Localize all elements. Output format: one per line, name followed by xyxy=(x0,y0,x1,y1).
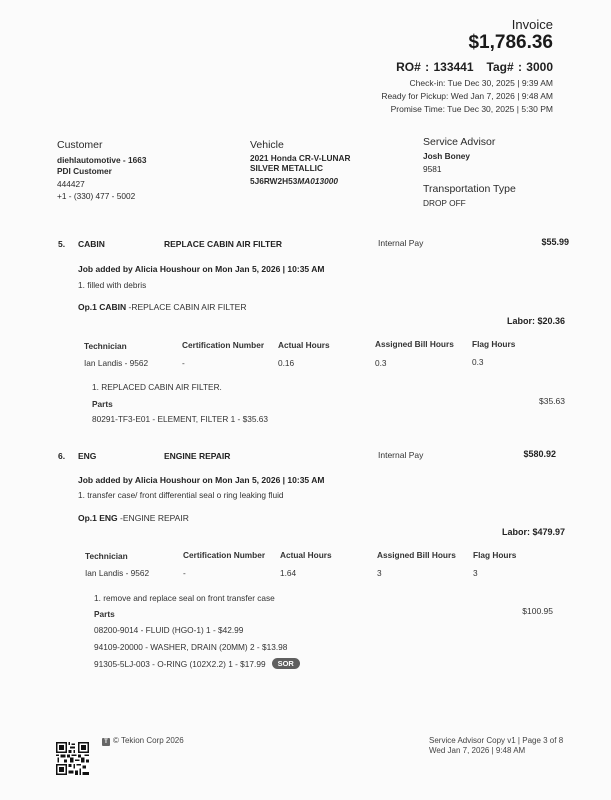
th-actual-hours: Actual Hours xyxy=(280,550,332,560)
job-pay-type: Internal Pay xyxy=(378,238,423,248)
op-desc: -REPLACE CABIN AIR FILTER xyxy=(126,302,246,312)
part-item: 91305-5LJ-003 - O-RING (102X2.2) 1 - $17… xyxy=(94,658,300,669)
copyright-text: © Tekion Corp 2026 xyxy=(113,736,184,745)
transportation-type-value: DROP OFF xyxy=(423,198,466,208)
correction-note: 1. REPLACED CABIN AIR FILTER. xyxy=(92,382,222,392)
check-in-time: Check-in: Tue Dec 30, 2025 | 9:39 AM xyxy=(410,78,553,88)
job-code: CABIN xyxy=(78,239,105,249)
sor-badge: SOR xyxy=(272,658,300,669)
promise-time: Promise Time: Tue Dec 30, 2025 | 5:30 PM xyxy=(391,104,553,114)
job-title: ENGINE REPAIR xyxy=(164,451,230,461)
parts-total: $35.63 xyxy=(539,396,565,406)
part-item: 94109-20000 - WASHER, DRAIN (20MM) 2 - $… xyxy=(94,642,287,652)
td-actual-hours: 1.64 xyxy=(280,568,296,578)
footer-copyright: T© Tekion Corp 2026 xyxy=(102,736,184,746)
vehicle-color: SILVER METALLIC xyxy=(250,163,323,173)
td-technician: Ian Landis - 9562 xyxy=(85,568,149,578)
customer-name: diehlautomotive - 1663 xyxy=(57,155,146,165)
job-concern: 1. filled with debris xyxy=(78,280,146,290)
op-code: Op.1 ENG xyxy=(78,513,118,523)
td-actual-hours: 0.16 xyxy=(278,358,294,368)
th-actual-hours: Actual Hours xyxy=(278,340,330,350)
job-amount: $580.92 xyxy=(523,449,556,459)
job-title: REPLACE CABIN AIR FILTER xyxy=(164,239,282,249)
operation-line: Op.1 ENG -ENGINE REPAIR xyxy=(78,513,189,523)
th-certification-number: Certification Number xyxy=(183,550,265,560)
job-code: ENG xyxy=(78,451,96,461)
footer-printed-at: Wed Jan 7, 2026 | 9:48 AM xyxy=(429,746,525,755)
job-number: 6. xyxy=(58,451,65,461)
th-technician: Technician xyxy=(85,551,128,561)
td-flag-hours: 3 xyxy=(473,568,478,578)
th-assigned-bill-hours: Assigned Bill Hours xyxy=(375,339,454,349)
part-item: 08200-9014 - FLUID (HGO-1) 1 - $42.99 xyxy=(94,625,243,635)
customer-phone: +1 - (330) 477 - 5002 xyxy=(57,191,135,201)
td-certification-number: - xyxy=(182,358,185,368)
operation-line: Op.1 CABIN -REPLACE CABIN AIR FILTER xyxy=(78,302,246,312)
transportation-type-label: Transportation Type xyxy=(423,183,516,195)
op-code: Op.1 CABIN xyxy=(78,302,126,312)
invoice-total: $1,786.36 xyxy=(468,32,553,54)
part-text: 91305-5LJ-003 - O-RING (102X2.2) 1 - $17… xyxy=(94,659,266,669)
vin-suffix: MA013000 xyxy=(297,176,338,186)
th-assigned-bill-hours: Assigned Bill Hours xyxy=(377,550,456,560)
ro-tag-line: RO# : 133441 Tag# : 3000 xyxy=(396,60,553,74)
ready-for-pickup-time: Ready for Pickup: Wed Jan 7, 2026 | 9:48… xyxy=(381,91,553,101)
customer-id: 444427 xyxy=(57,179,85,189)
td-assigned-bill-hours: 3 xyxy=(377,568,382,578)
customer-type: PDI Customer xyxy=(57,166,112,176)
vehicle-label: Vehicle xyxy=(250,139,284,151)
vehicle-model: 2021 Honda CR-V-LUNAR xyxy=(250,153,351,163)
th-certification-number: Certification Number xyxy=(182,340,264,350)
vin-prefix: 5J6RW2H53 xyxy=(250,176,297,186)
job-number: 5. xyxy=(58,239,65,249)
tekion-logo-icon: T xyxy=(102,738,110,746)
invoice-title: Invoice xyxy=(512,17,553,32)
td-certification-number: - xyxy=(183,568,186,578)
labor-amount: Labor: $479.97 xyxy=(502,527,565,537)
job-pay-type: Internal Pay xyxy=(378,450,423,460)
qr-code-icon xyxy=(56,742,89,775)
td-assigned-bill-hours: 0.3 xyxy=(375,358,387,368)
op-desc: -ENGINE REPAIR xyxy=(118,513,189,523)
service-advisor-label: Service Advisor xyxy=(423,136,495,148)
th-technician: Technician xyxy=(84,341,127,351)
th-flag-hours: Flag Hours xyxy=(473,550,516,560)
job-added-by: Job added by Alicia Houshour on Mon Jan … xyxy=(78,264,324,274)
td-technician: Ian Landis - 9562 xyxy=(84,358,148,368)
correction-note: 1. remove and replace seal on front tran… xyxy=(94,593,275,603)
job-amount: $55.99 xyxy=(541,237,569,247)
customer-label: Customer xyxy=(57,139,103,151)
parts-label: Parts xyxy=(94,609,115,619)
job-concern: 1. transfer case/ front differential sea… xyxy=(78,490,284,500)
parts-total: $100.95 xyxy=(522,606,553,616)
th-flag-hours: Flag Hours xyxy=(472,339,515,349)
footer-copy-info: Service Advisor Copy v1 | Page 3 of 8 xyxy=(429,736,563,745)
vehicle-vin: 5J6RW2H53MA013000 xyxy=(250,176,338,186)
labor-amount: Labor: $20.36 xyxy=(507,316,565,326)
job-added-by: Job added by Alicia Houshour on Mon Jan … xyxy=(78,475,324,485)
service-advisor-name: Josh Boney xyxy=(423,151,470,161)
parts-label: Parts xyxy=(92,399,113,409)
service-advisor-id: 9581 xyxy=(423,164,441,174)
td-flag-hours: 0.3 xyxy=(472,357,484,367)
part-item: 80291-TF3-E01 - ELEMENT, FILTER 1 - $35.… xyxy=(92,414,268,424)
ro-tag-text: RO# : 133441 Tag# : 3000 xyxy=(396,60,553,74)
